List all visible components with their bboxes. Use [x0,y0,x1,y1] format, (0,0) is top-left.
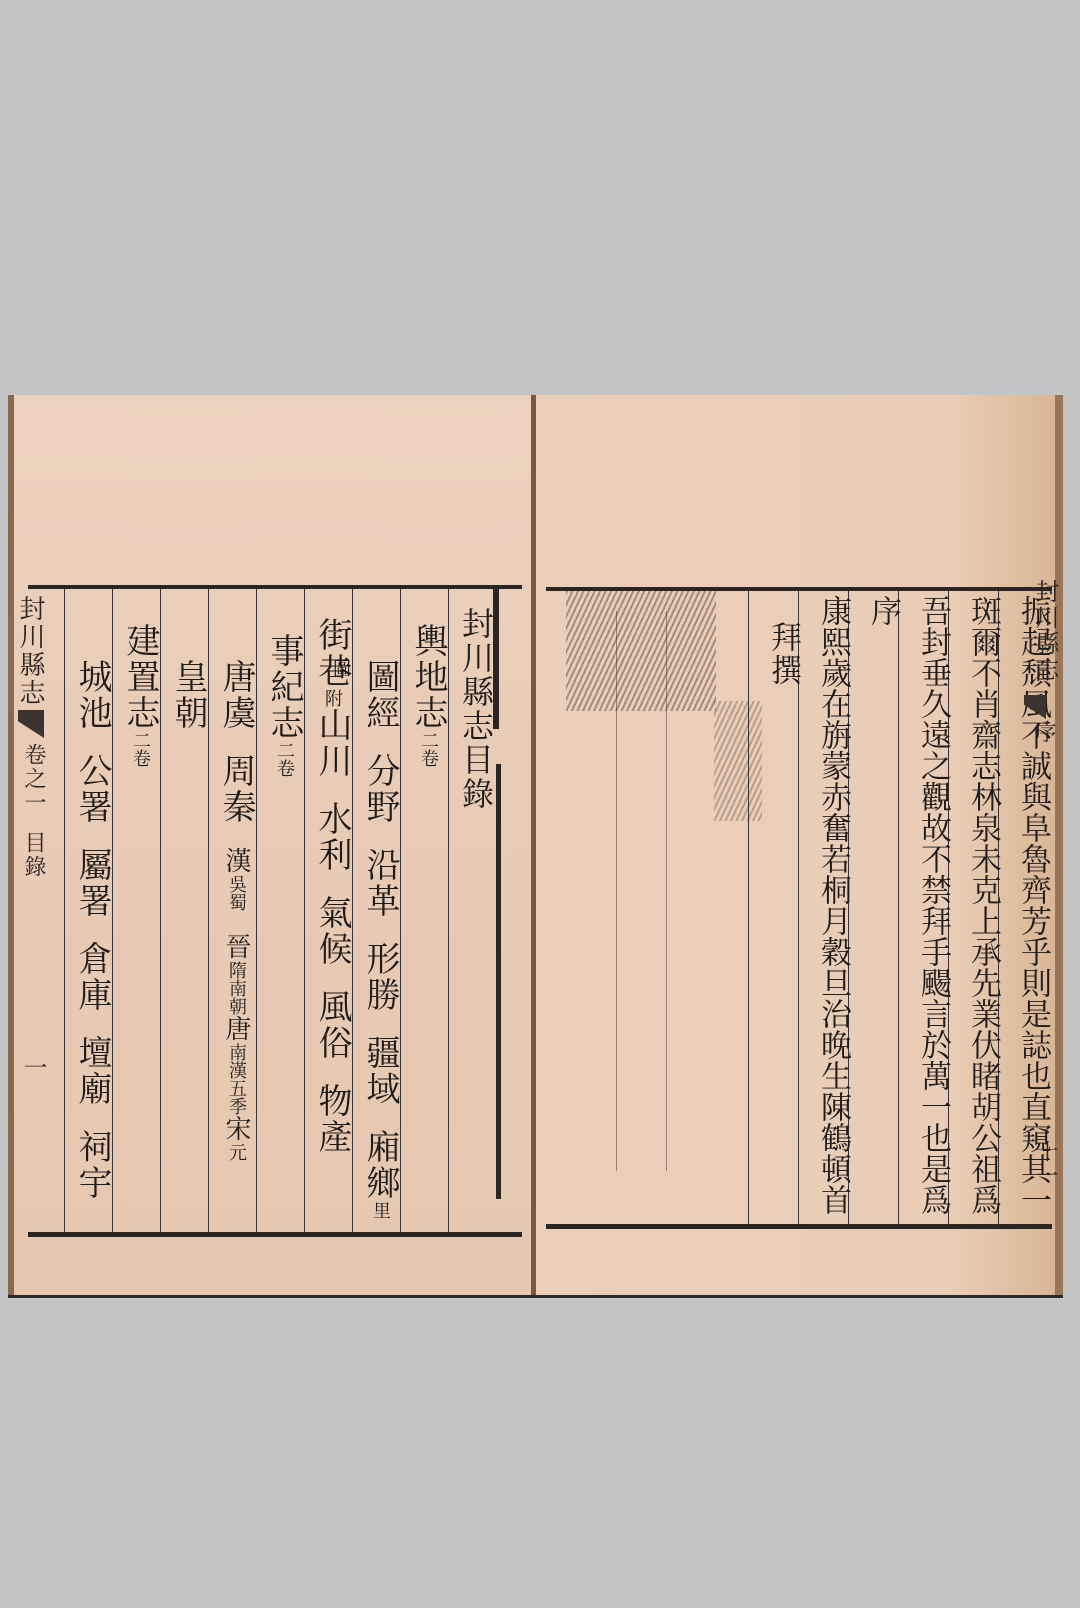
toc-item: 晉 [221,933,251,961]
toc-column: 街巷附山川水利氣候風俗物產 [304,589,352,1232]
subnote: 元 [226,1143,247,1161]
toc-column: 皇朝 [160,589,208,1232]
preface-column: 吾封垂久遠之觀故不禁拜手颺言於萬一也是爲 [898,591,948,1224]
toc-item: 城池 [72,659,112,731]
toc-item: 宋 [221,1115,251,1143]
preface-text: 斑爾不肖齋志林泉未克上承先業伏睹胡公祖爲 [965,595,1001,1215]
preface-column: 斑爾不肖齋志林泉未克上承先業伏睹胡公祖爲 [948,591,998,1224]
section-title-shiji: 事紀志 [264,633,304,741]
subnote: 五季 [226,1079,246,1115]
juan-note: 二卷 [418,731,439,767]
toc-column: 圖經分野沿革形勝疆域廂鄉里圖 [352,589,400,1232]
toc-item: 水利 [312,801,352,873]
toc-item: 唐虞 [216,659,256,731]
juan-note: 二卷 [274,741,295,777]
toc-item: 漢 [221,847,251,875]
subnote-pair: 五季南漢 [226,1043,246,1115]
book-spread: 封川縣志目錄 輿地志二卷 圖經分野沿革形勝疆域廂鄉里圖 街巷附山川水利氣候風俗物… [8,395,1063,1295]
banxin-title: 封川縣志 [12,595,49,707]
toc-column: 建置志二卷 [112,589,160,1232]
toc-item: 壇廟 [72,1035,112,1107]
right-page: 振起頹風不誠與阜魯齊芳乎則是誌也直窺其一 斑爾不肖齋志林泉未克上承先業伏睹胡公祖… [536,395,1063,1295]
preface-text: 振起頹風不誠與阜魯齊芳乎則是誌也直窺其一 [1015,595,1051,1215]
toc-item: 周秦 [216,753,256,825]
toc-item: 公署 [72,753,112,825]
banxin-section: 目錄 [18,831,49,879]
subnote: 隋 [226,961,246,979]
toc-item: 分野 [360,753,400,825]
toc-item: 疆域 [360,1035,400,1107]
right-page-frame: 振起頹風不誠與阜魯齊芳乎則是誌也直窺其一 斑爾不肖齋志林泉未克上承先業伏睹胡公祖… [546,587,1052,1229]
preface-column: 振起頹風不誠與阜魯齊芳乎則是誌也直窺其一 [998,591,1048,1224]
banxin-title: 封川縣志 [1028,579,1063,683]
colophon-date-author: 康熙歲在旃蒙赤奮若桐月穀旦治晚生陳鶴頓首 [815,595,851,1215]
colophon-column: 拜撰 [748,591,798,1224]
toc-column: 城池公署屬署倉庫壇廟祠宇 [64,589,112,1232]
toc-item: 唐 [221,1015,251,1043]
left-page-frame: 封川縣志目錄 輿地志二卷 圖經分野沿革形勝疆域廂鄉里圖 街巷附山川水利氣候風俗物… [28,585,522,1237]
section-title-jianzhi: 建置志 [120,623,160,731]
preface-text: 吾封垂久遠之觀故不禁拜手颺言於萬一也是爲 [915,595,951,1215]
toc-item: 圖經 [360,659,400,731]
toc-item: 屬署 [72,847,112,919]
toc-item: 形勝 [360,941,400,1013]
section-title-yudi: 輿地志 [408,623,448,731]
frame-heavy-edge [496,764,501,1199]
toc-column: 事紀志二卷 [256,589,304,1232]
toc-title: 封川縣志目錄 [457,607,495,811]
toc-column: 唐虞周秦漢蜀吳晉南朝隋唐五季南漢宋元 [208,589,256,1232]
banxin-page-number: 一 [16,1055,51,1081]
toc-item: 皇朝 [168,659,208,731]
subnote: 蜀 [226,893,246,911]
subnote-pair: 蜀吳 [226,875,246,911]
colophon-signoff: 拜撰 [765,621,801,687]
show-through-illustration [566,591,716,711]
banxin-section: 序 [1028,721,1059,745]
subnote-pair: 南朝隋 [226,961,246,1015]
subnote: 吳 [226,875,246,893]
toc-item: 風俗 [312,989,352,1061]
toc-item: 祠宇 [72,1129,112,1201]
preface-column: 序 [848,591,898,1224]
toc-note: 附 [322,689,343,707]
subnote: 南漢 [226,1043,246,1079]
toc-item: 廂鄉 [360,1129,400,1201]
subnote: 南朝 [226,979,246,1015]
toc-title-column: 封川縣志目錄 [448,589,496,1232]
toc-item: 沿革 [360,847,400,919]
show-through-line [666,611,667,1171]
preface-end-mark: 序 [865,595,901,628]
juan-note: 二卷 [130,731,151,767]
toc-item: 街巷 [312,617,352,689]
toc-item: 氣候 [312,895,352,967]
toc-item: 山川 [312,707,352,779]
left-page: 封川縣志目錄 輿地志二卷 圖經分野沿革形勝疆域廂鄉里圖 街巷附山川水利氣候風俗物… [8,395,533,1295]
toc-item: 倉庫 [72,941,112,1013]
toc-column: 輿地志二卷 [400,589,448,1232]
toc-item: 物產 [312,1083,352,1155]
colophon-column: 康熙歲在旃蒙赤奮若桐月穀旦治晚生陳鶴頓首 [798,591,848,1224]
banxin-page-number: 十一 [1030,1140,1061,1188]
show-through-line [616,611,617,1171]
banxin-juan: 卷之一 [18,743,49,815]
